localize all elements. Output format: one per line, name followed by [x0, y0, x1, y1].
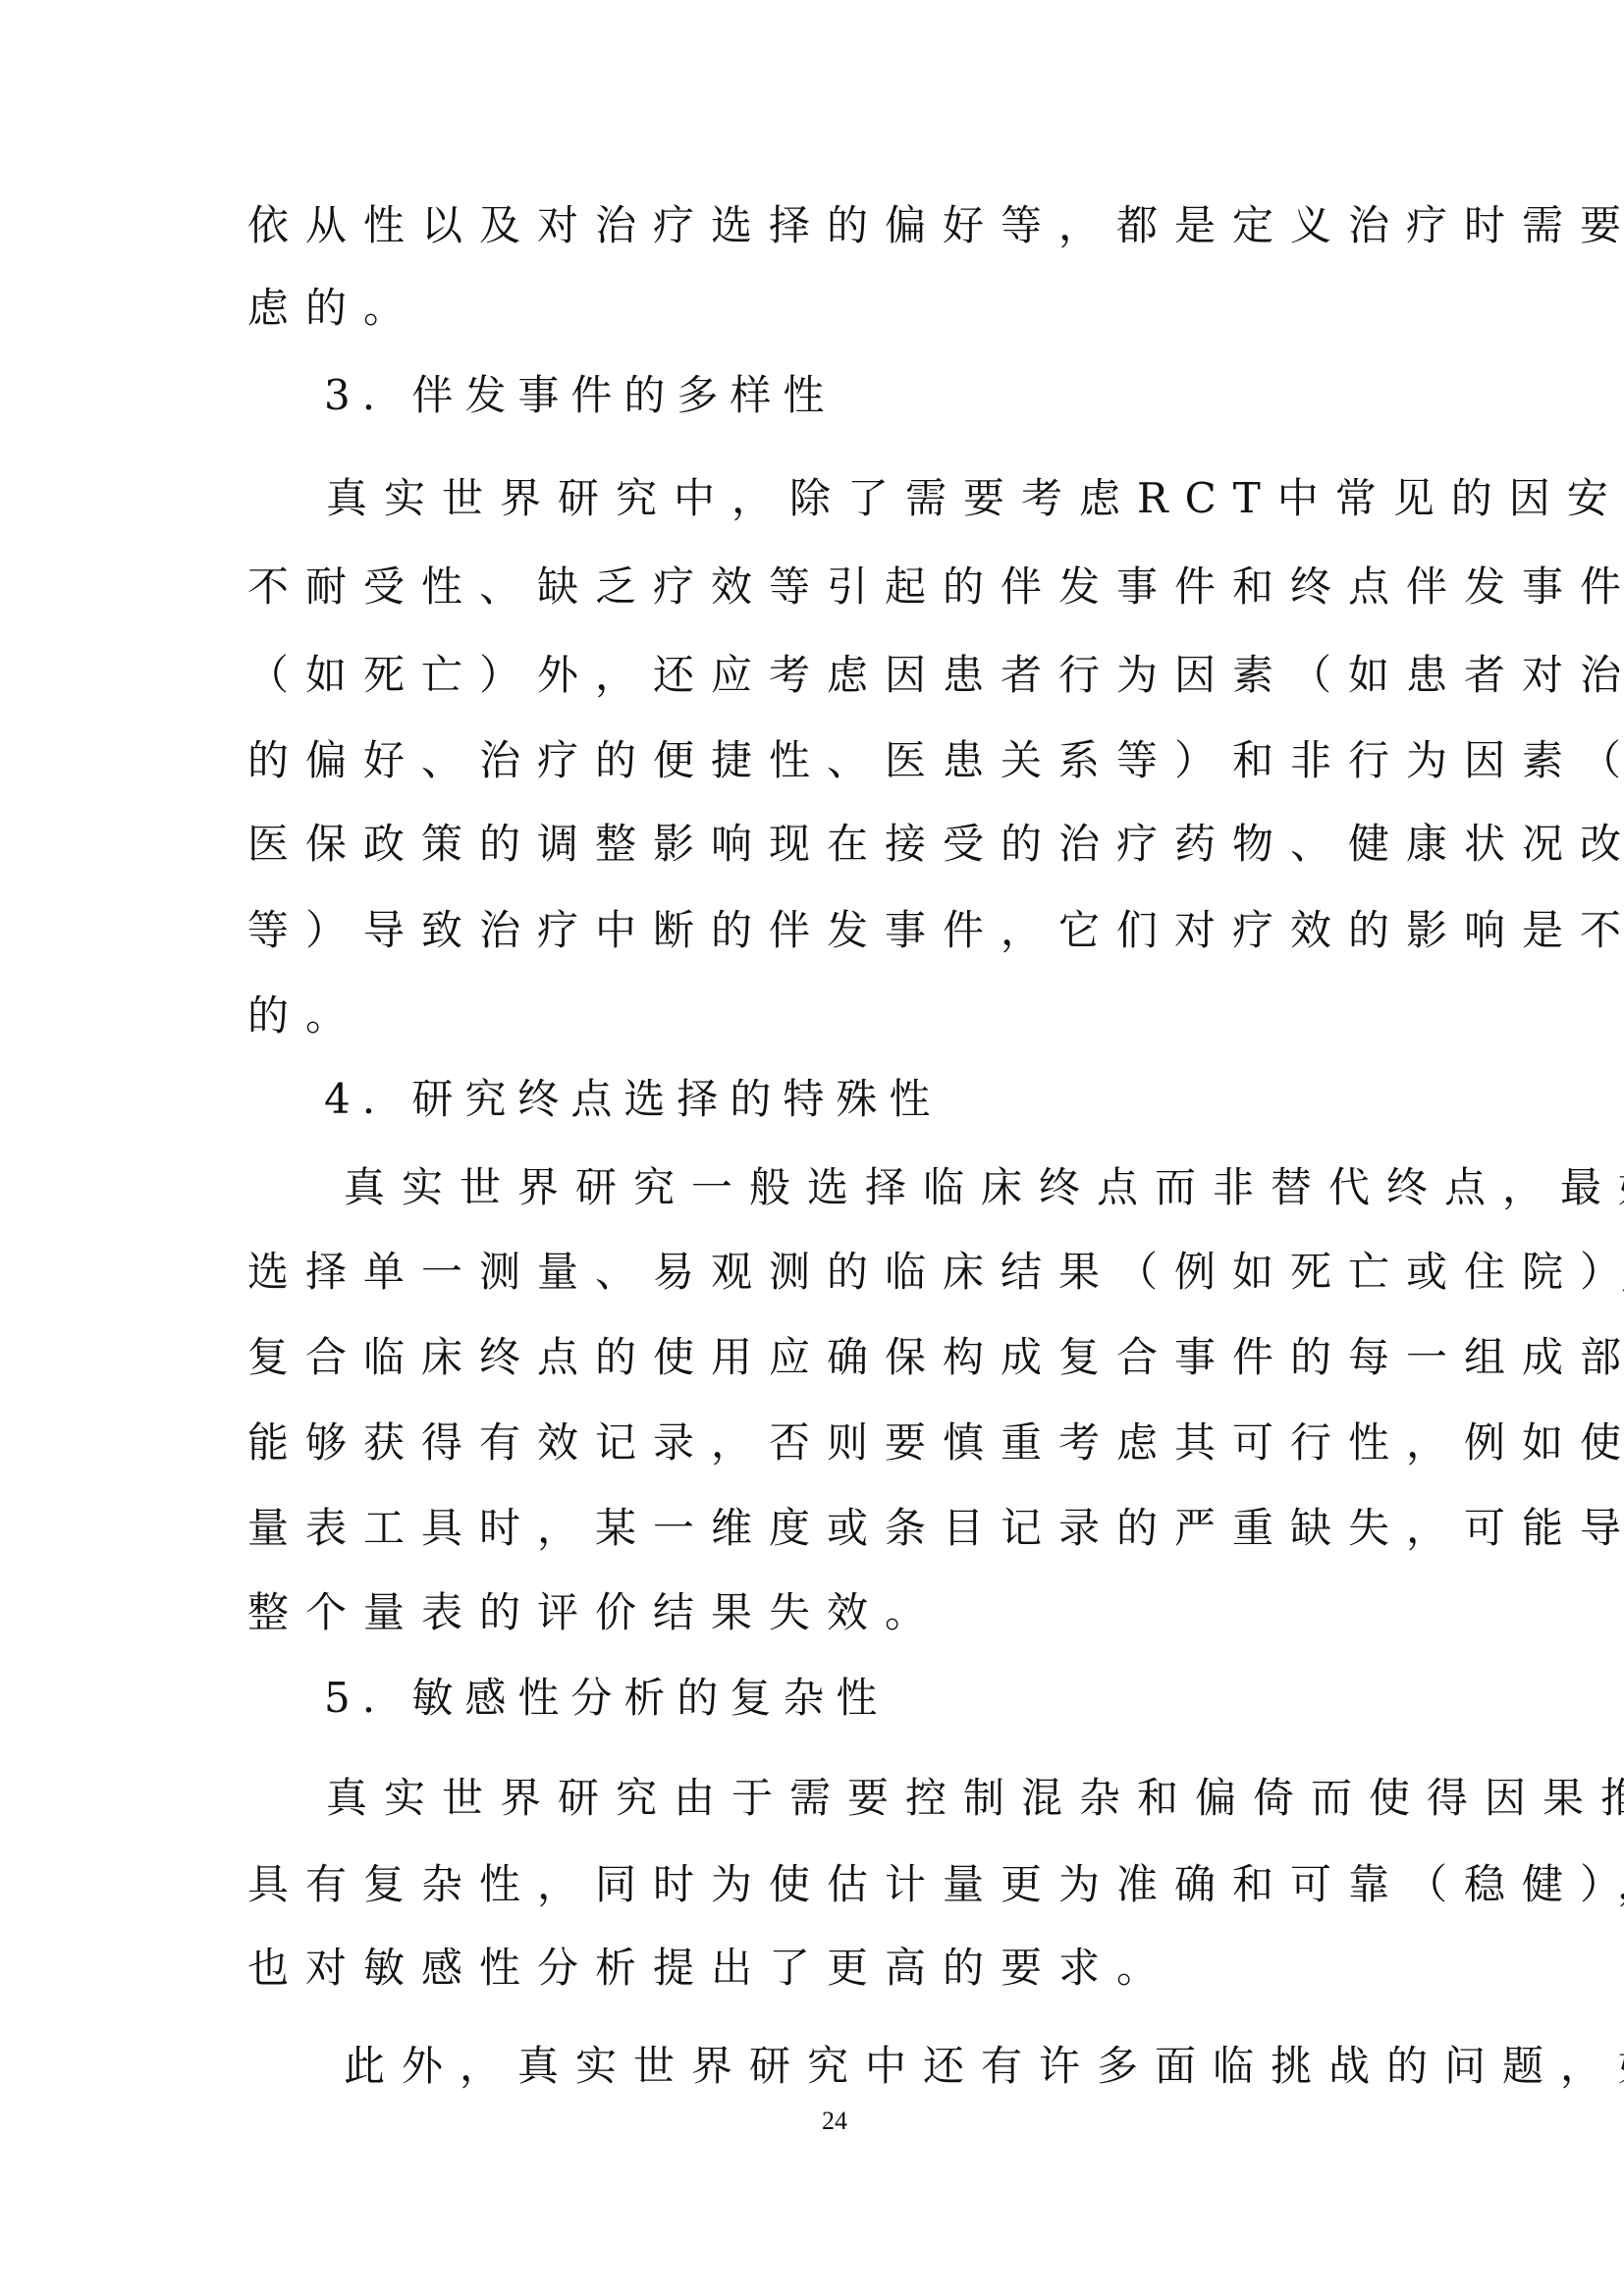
paragraph-line: 不耐受性、缺乏疗效等引起的伴发事件和终点伴发事件 — [247, 558, 1386, 616]
paragraph-line: 虑的。 — [247, 279, 1386, 338]
paragraph-line: 等）导致治疗中断的伴发事件，它们对疗效的影响是不同 — [247, 901, 1386, 960]
paragraph-line: 真实世界研究由于需要控制混杂和偏倚而使得因果推断 — [326, 1769, 1465, 1828]
paragraph-line: 真实世界研究中，除了需要考虑RCT中常见的因安全性、 — [326, 469, 1465, 528]
paragraph-line: 能够获得有效记录，否则要慎重考虑其可行性，例如使用 — [247, 1414, 1386, 1472]
section-heading-4: 4. 研究终点选择的特殊性 — [324, 1070, 1463, 1129]
section-heading-3: 3. 伴发事件的多样性 — [324, 366, 1463, 425]
paragraph-line: 选择单一测量、易观测的临床结果（例如死亡或住院）； — [247, 1243, 1386, 1302]
page-number: 24 — [795, 2107, 874, 2136]
paragraph-line: 复合临床终点的使用应确保构成复合事件的每一组成部分 — [247, 1328, 1386, 1387]
document-page: 依从性以及对治疗选择的偏好等，都是定义治疗时需要考 虑的。 3. 伴发事件的多样… — [0, 0, 1624, 2296]
paragraph-line: 此外，真实世界研究中还有许多面临挑战的问题，如 — [344, 2037, 1483, 2096]
paragraph-line: 的偏好、治疗的便捷性、医患关系等）和非行为因素（如 — [247, 731, 1386, 790]
paragraph-line: 具有复杂性，同时为使估计量更为准确和可靠（稳健）， — [247, 1855, 1386, 1914]
section-heading-5: 5. 敏感性分析的复杂性 — [324, 1669, 1463, 1728]
paragraph-line: 量表工具时，某一维度或条目记录的严重缺失，可能导致 — [247, 1499, 1386, 1558]
paragraph-line: 真实世界研究一般选择临床终点而非替代终点，最好 — [344, 1158, 1483, 1217]
paragraph-line: 的。 — [247, 987, 1386, 1045]
paragraph-line: 医保政策的调整影响现在接受的治疗药物、健康状况改善 — [247, 815, 1386, 874]
paragraph-line: 也对敏感性分析提出了更高的要求。 — [247, 1939, 1386, 1998]
paragraph-line: 整个量表的评价结果失效。 — [247, 1583, 1386, 1642]
paragraph-line: （如死亡）外，还应考虑因患者行为因素（如患者对治疗 — [247, 646, 1386, 705]
paragraph-line: 依从性以及对治疗选择的偏好等，都是定义治疗时需要考 — [247, 196, 1386, 255]
